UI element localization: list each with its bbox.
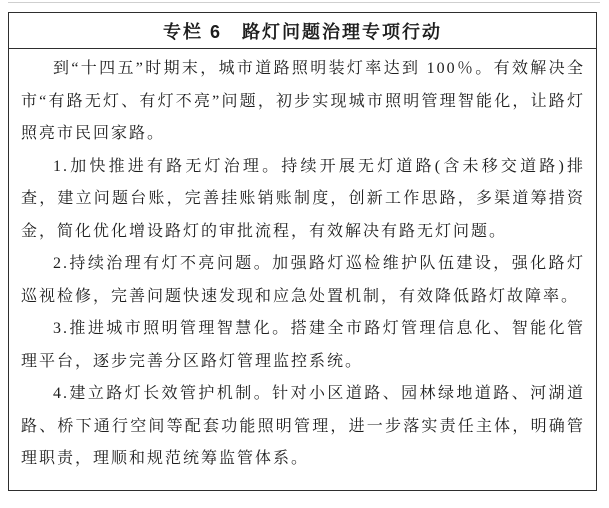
panel-title-text: 专栏 6 路灯问题治理专项行动 — [163, 18, 442, 44]
paragraph-task-4-long-term-mechanism: 4.建立路灯长效管护机制。针对小区道路、园林绿地道路、河湖道路、桥下通行空间等配… — [21, 378, 585, 476]
paragraph-task-1-roads-without-lamps: 1.加快推进有路无灯治理。持续开展无灯道路(含未移交道路)排查，建立问题台账，完… — [21, 151, 585, 249]
paragraph-task-2-lamps-not-lit: 2.持续治理有灯不亮问题。加强路灯巡检维护队伍建设，强化路灯巡视检修，完善问题快… — [21, 248, 585, 313]
column-box: 专栏 6 路灯问题治理专项行动 到“十四五”时期末，城市道路照明装灯率达到 10… — [8, 12, 597, 491]
scan-artifact-rule — [8, 2, 600, 3]
panel-body: 到“十四五”时期末，城市道路照明装灯率达到 100％。有效解决全市“有路无灯、有… — [9, 49, 596, 476]
panel-header: 专栏 6 路灯问题治理专项行动 — [9, 13, 596, 49]
paragraph-goal-overview: 到“十四五”时期末，城市道路照明装灯率达到 100％。有效解决全市“有路无灯、有… — [21, 53, 585, 151]
paragraph-task-3-smart-management: 3.推进城市照明管理智慧化。搭建全市路灯管理信息化、智能化管理平台，逐步完善分区… — [21, 313, 585, 378]
